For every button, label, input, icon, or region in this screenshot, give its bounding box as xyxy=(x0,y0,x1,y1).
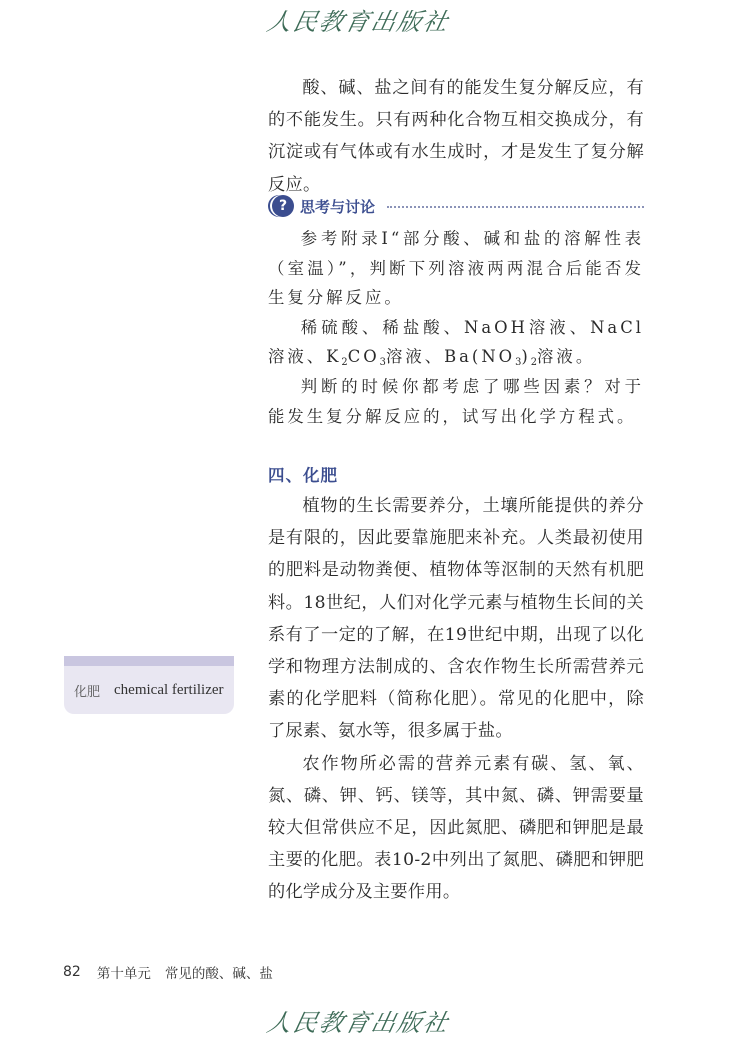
intro-section: 酸、碱、盐之间有的能发生复分解反应，有的不能发生。只有两种化合物互相交换成分，有… xyxy=(268,72,644,201)
section-heading: 四、化肥 xyxy=(268,462,338,486)
dotted-divider xyxy=(387,206,644,208)
fertilizer-paragraph-2: 农作物所必需的营养元素有碳、氢、氧、氮、磷、钾、钙、镁等，其中氮、磷、钾需要量较… xyxy=(268,748,644,909)
glossary-content: 化肥 chemical fertilizer xyxy=(64,666,234,714)
discussion-body: 参考附录I“部分酸、碱和盐的溶解性表（室温）”，判断下列溶液两两混合后能否发生复… xyxy=(268,224,644,431)
fertilizer-section: 植物的生长需要养分，土壤所能提供的养分是有限的，因此要靠施肥来补充。人类最初使用… xyxy=(268,490,644,909)
discussion-paragraph-1: 参考附录I“部分酸、碱和盐的溶解性表（室温）”，判断下列溶液两两混合后能否发生复… xyxy=(268,224,644,313)
fertilizer-paragraph-1: 植物的生长需要养分，土壤所能提供的养分是有限的，因此要靠施肥来补充。人类最初使用… xyxy=(268,490,644,748)
formula-text: 溶液、Ba(NO xyxy=(386,347,515,366)
unit-title: 常见的酸、碱、盐 xyxy=(165,962,273,982)
glossary-box: 化肥 chemical fertilizer xyxy=(64,656,234,714)
intro-paragraph: 酸、碱、盐之间有的能发生复分解反应，有的不能发生。只有两种化合物互相交换成分，有… xyxy=(268,72,644,201)
question-icon: ? xyxy=(272,195,294,217)
page-footer: 82 第十单元 常见的酸、碱、盐 xyxy=(63,962,273,982)
formula-text: ) xyxy=(521,347,530,366)
glossary-bar xyxy=(64,656,234,666)
discussion-header: ? 思考与讨论 xyxy=(268,192,644,220)
glossary-term-zh: 化肥 xyxy=(74,681,100,700)
discussion-paragraph-3: 判断的时候你都考虑了哪些因素？对于能发生复分解反应的，试写出化学方程式。 xyxy=(268,372,644,431)
page-number: 82 xyxy=(63,964,81,980)
formula-text: 溶液。 xyxy=(537,347,595,366)
discussion-paragraph-2: 稀硫酸、稀盐酸、NaOH溶液、NaCl溶液、K2CO3溶液、Ba(NO3)2溶液… xyxy=(268,313,644,372)
glossary-term-en: chemical fertilizer xyxy=(114,682,224,699)
discussion-title: 思考与讨论 xyxy=(300,196,375,217)
unit-label: 第十单元 xyxy=(97,962,151,982)
publisher-watermark-bottom: 人民教育出版社 xyxy=(264,1003,481,1037)
publisher-watermark-top: 人民教育出版社 xyxy=(264,2,481,36)
formula-text: CO xyxy=(348,347,380,366)
